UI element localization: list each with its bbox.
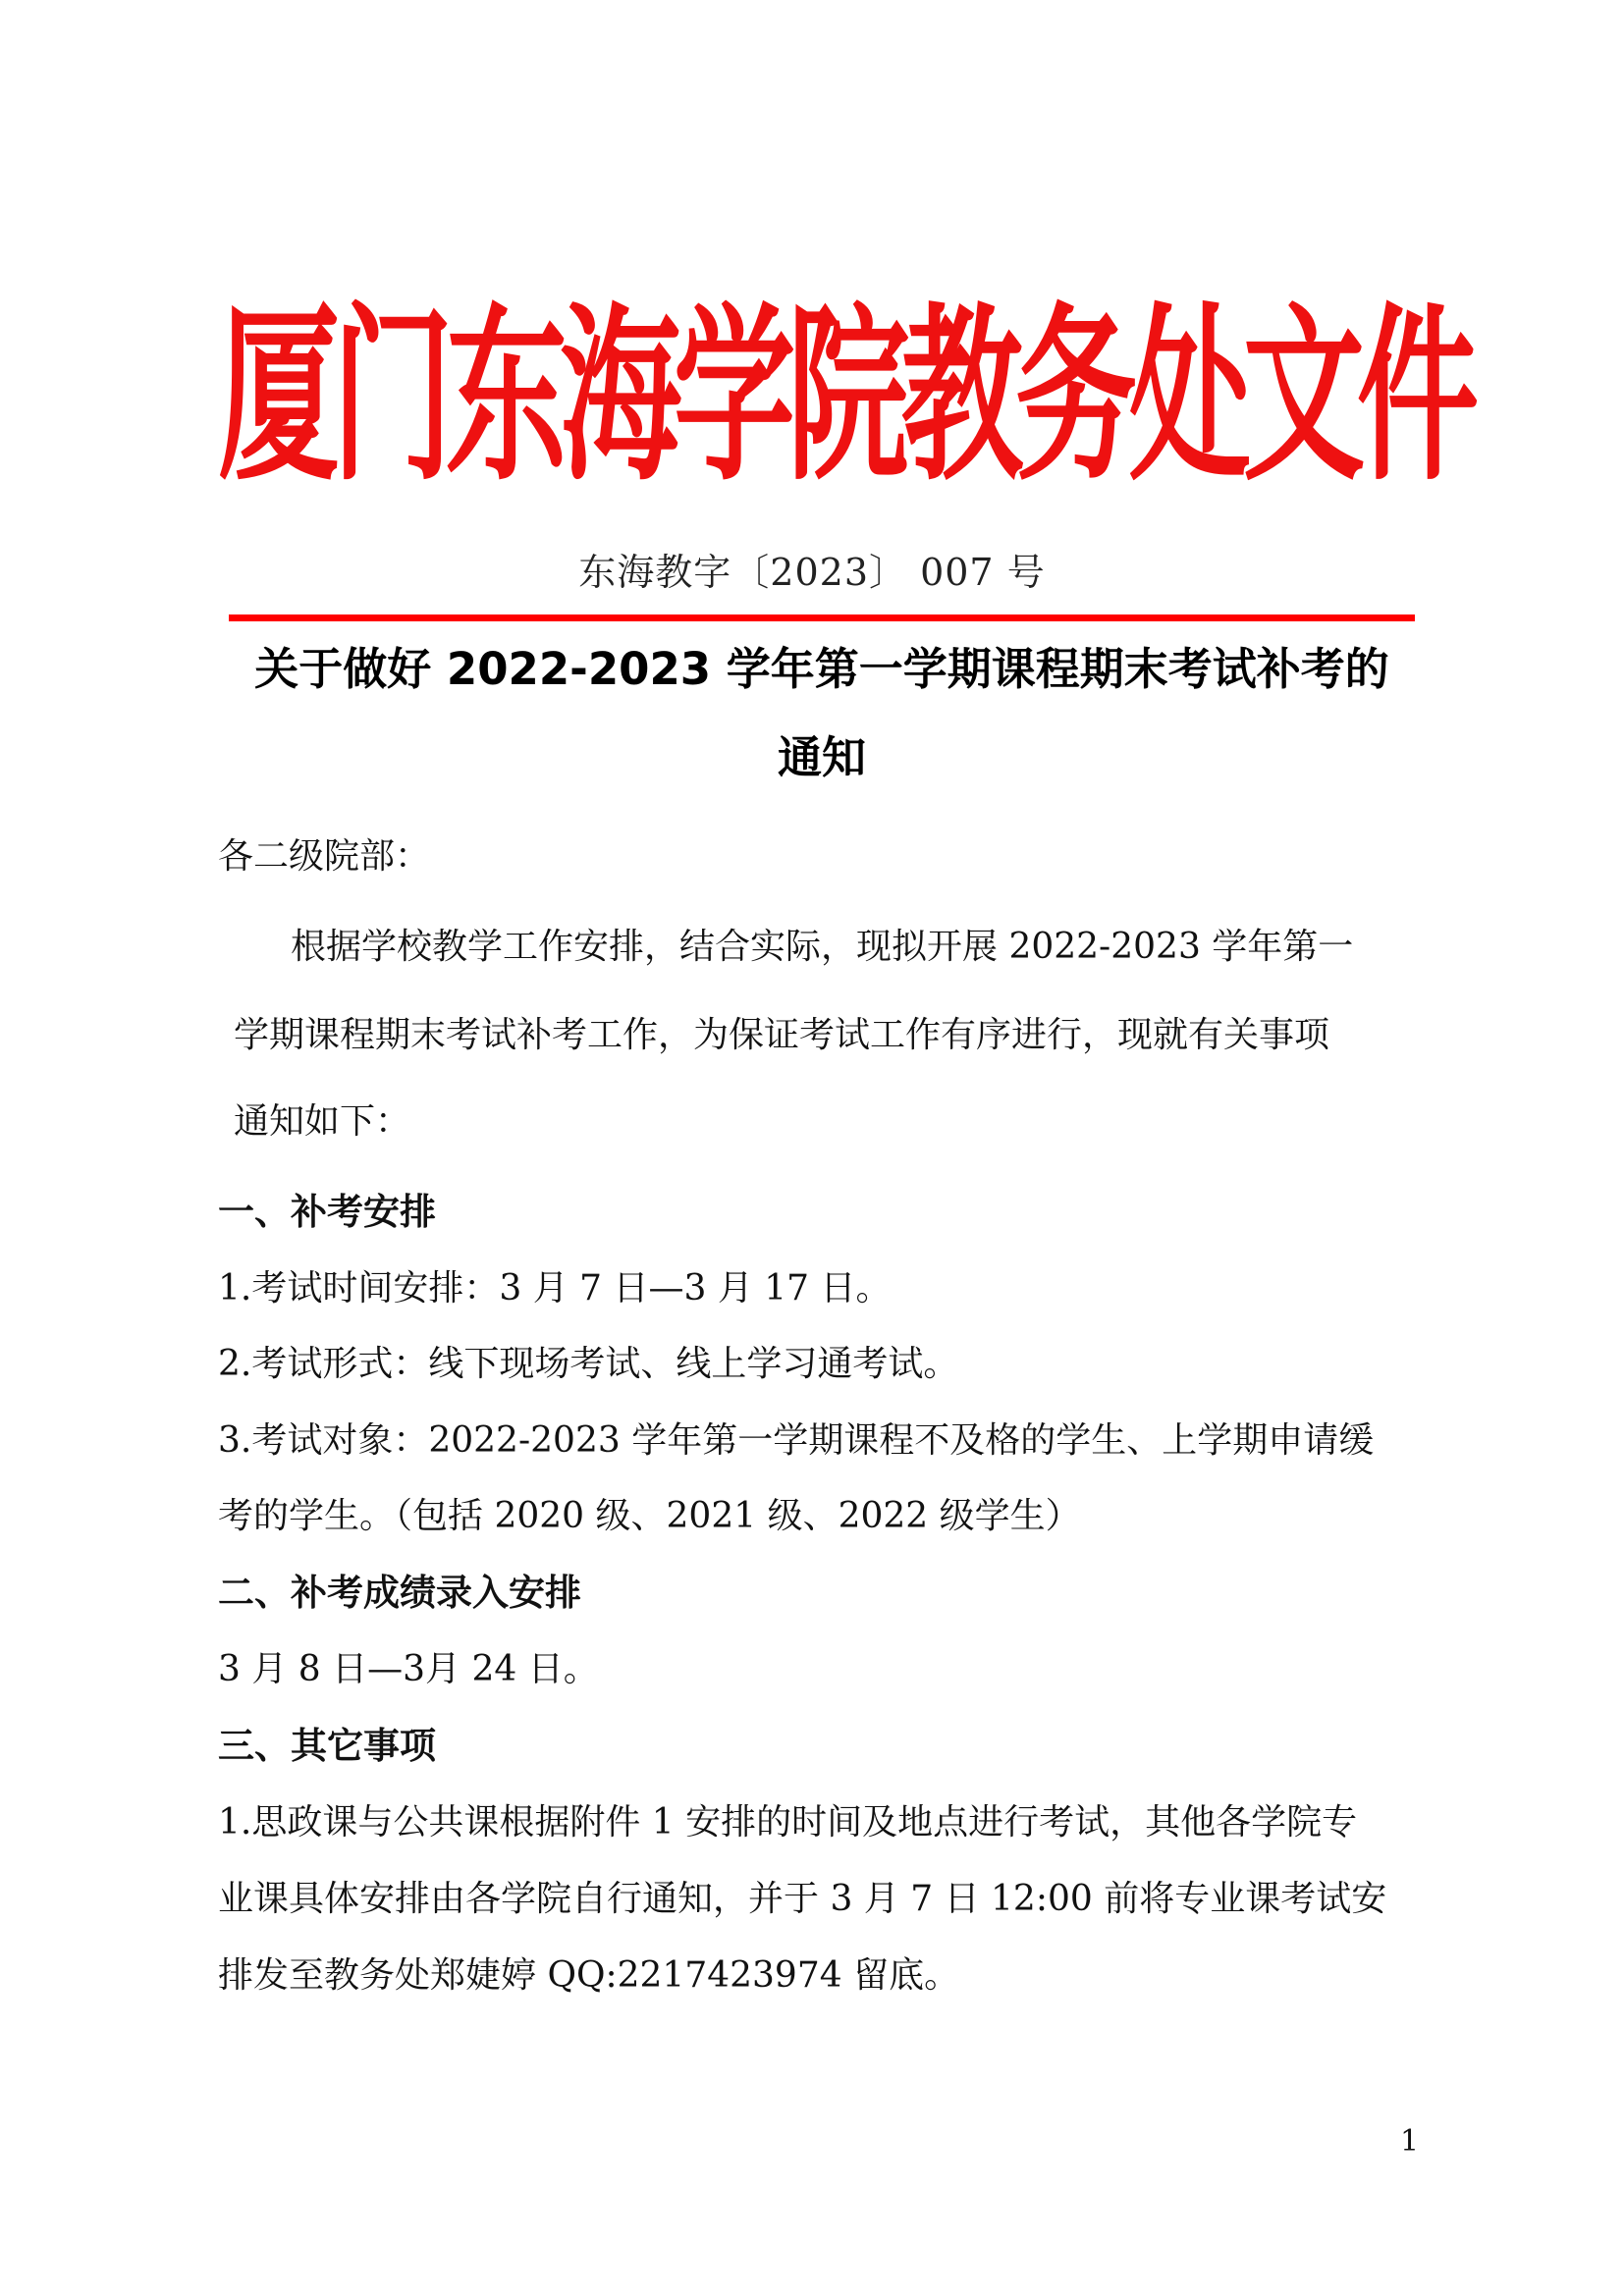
section-1-item-1: 1.考试时间安排：3 月 7 日—3 月 17 日。 (218, 1264, 892, 1313)
section-1-item-3-line-1: 3.考试对象：2022-2023 学年第一学期课程不及格的学生、上学期申请缓 (218, 1416, 1374, 1466)
notice-title-line-1: 关于做好 2022-2023 学年第一学期课程期末考试补考的 (216, 640, 1428, 699)
section-1-item-2: 2.考试形式：线下现场考试、线上学习通考试。 (218, 1340, 958, 1389)
intro-paragraph-line-3: 通知如下： (234, 1097, 410, 1147)
notice-title-line-2: 通知 (216, 728, 1428, 787)
intro-paragraph-line-2: 学期课程期末考试补考工作，为保证考试工作有序进行，现就有关事项 (234, 1011, 1329, 1060)
document-number: 东海教字〔2023〕 007 号 (0, 548, 1624, 597)
section-1-item-3-line-2: 考的学生。（包括 2020 级、2021 级、2022 级学生） (218, 1492, 1081, 1541)
section-3-item-1-line-1: 1.思政课与公共课根据附件 1 安排的时间及地点进行考试，其他各学院专 (218, 1798, 1357, 1847)
section-heading-makeup-exam-arrangement: 一、补考安排 (218, 1188, 436, 1237)
salutation: 各二级院部： (218, 832, 430, 881)
section-heading-grade-entry: 二、补考成绩录入安排 (218, 1569, 581, 1618)
section-2-item-1: 3 月 8 日—3月 24 日。 (218, 1645, 599, 1694)
intro-paragraph-line-1: 根据学校教学工作安排，结合实际，现拟开展 2022-2023 学年第一 (291, 923, 1353, 972)
letterhead-red-rule (229, 614, 1415, 621)
section-3-item-1-line-3: 排发至教务处郑婕婷 QQ:2217423974 留底。 (218, 1951, 959, 2001)
issuer-letterhead-title: 厦门东海学院教务处文件 (218, 223, 1426, 573)
section-heading-other-matters: 三、其它事项 (218, 1722, 436, 1771)
page-number: 1 (1400, 2122, 1419, 2162)
section-3-item-1-line-2: 业课具体安排由各学院自行通知，并于 3 月 7 日 12:00 前将专业课考试安 (218, 1875, 1386, 1924)
